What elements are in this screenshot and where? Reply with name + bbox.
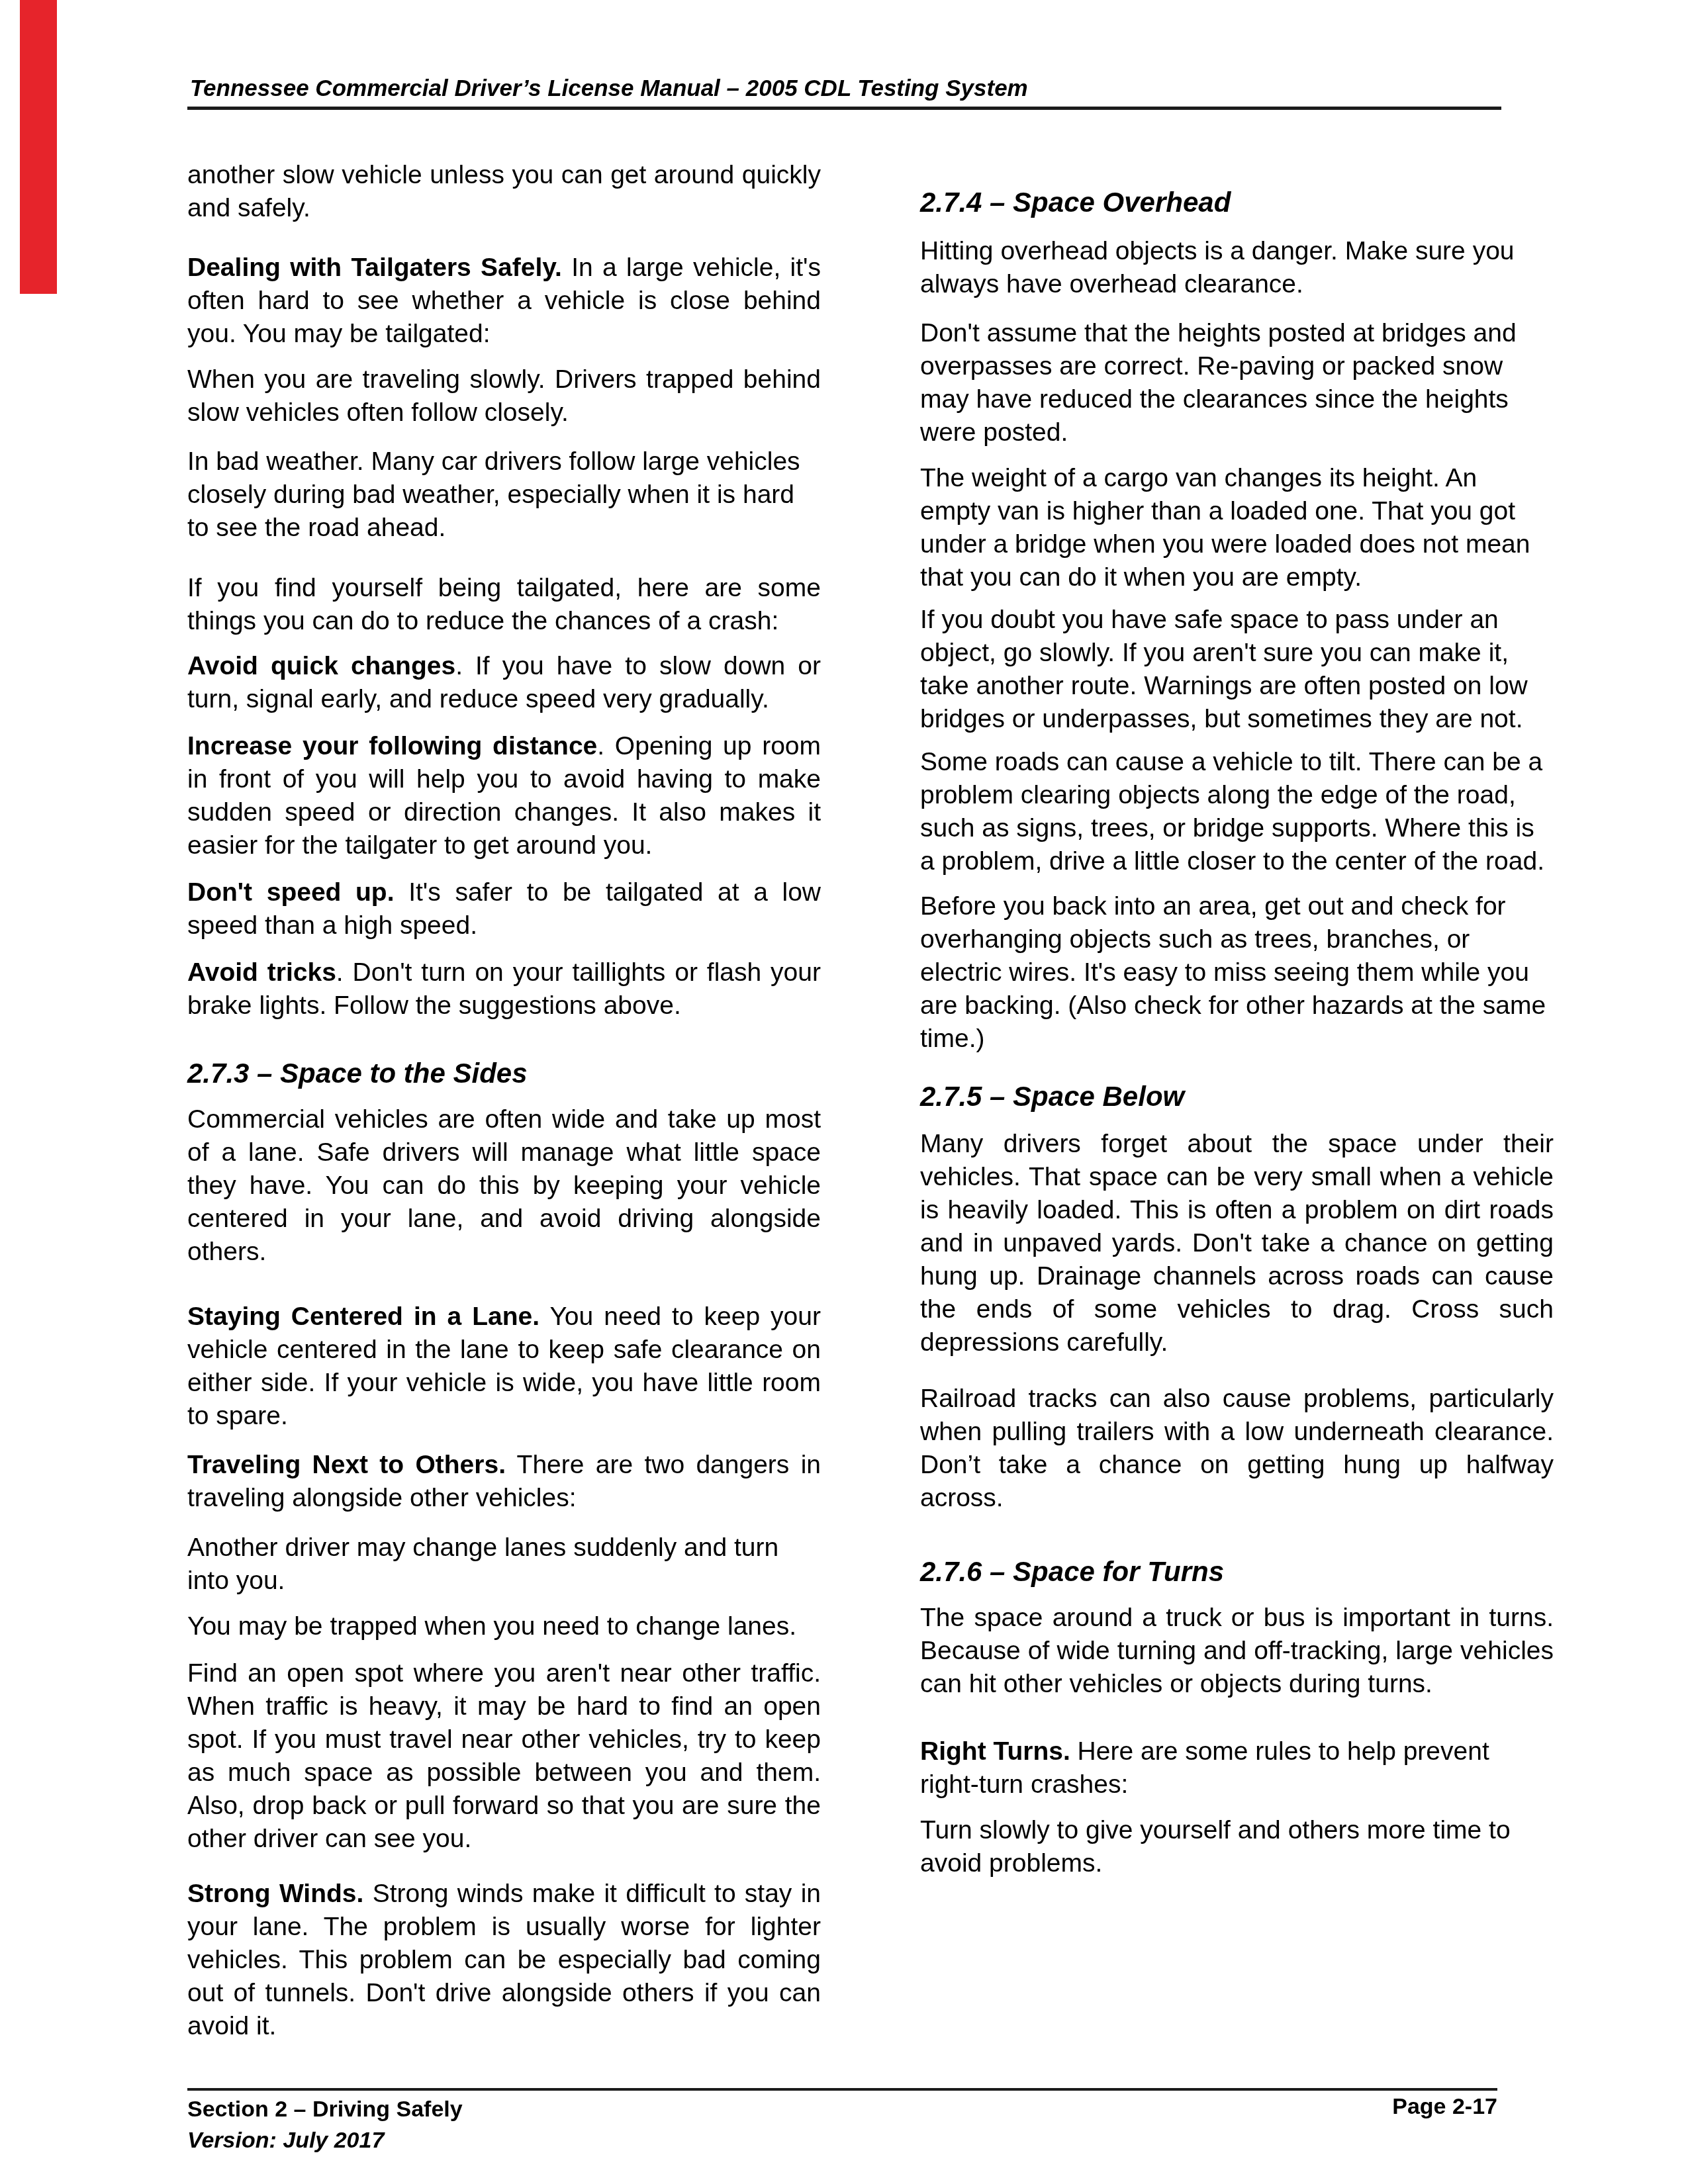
section-heading-2-7-6: 2.7.6 – Space for Turns [920,1553,1554,1590]
paragraph: Strong Winds. Strong winds make it diffi… [187,1878,821,2043]
paragraph: Staying Centered in a Lane. You need to … [187,1300,821,1433]
header-rule [187,107,1501,110]
left-column: another slow vehicle unless you can get … [187,159,821,2043]
paragraph: Don't speed up. It's safer to be tailgat… [187,876,821,942]
paragraph: If you doubt you have safe space to pass… [920,604,1554,736]
paragraph: The weight of a cargo van changes its he… [920,462,1554,594]
paragraph: Many drivers forget about the space unde… [920,1128,1554,1359]
paragraph: Turn slowly to give yourself and others … [920,1814,1554,1880]
paragraph: Before you back into an area, get out an… [920,890,1554,1056]
page-header-title: Tennessee Commercial Driver’s License Ma… [190,75,1028,102]
paragraph-lead: Don't speed up. [187,878,395,907]
paragraph-lead: Staying Centered in a Lane. [187,1302,539,1331]
paragraph: Dealing with Tailgaters Safely. In a lar… [187,251,821,351]
paragraph: Find an open spot where you aren't near … [187,1657,821,1856]
section-heading-2-7-4: 2.7.4 – Space Overhead [920,184,1554,220]
section-heading-2-7-5: 2.7.5 – Space Below [920,1078,1554,1115]
paragraph: If you find yourself being tailgated, he… [187,572,821,638]
paragraph: In bad weather. Many car drivers follow … [187,445,821,545]
paragraph-lead: Dealing with Tailgaters Safely. [187,253,562,282]
right-column: 2.7.4 – Space Overhead Hitting overhead … [920,184,1554,1880]
paragraph: The space around a truck or bus is impor… [920,1602,1554,1701]
paragraph: Right Turns. Here are some rules to help… [920,1735,1554,1801]
footer-rule [187,2088,1497,2091]
section-heading-2-7-3: 2.7.3 – Space to the Sides [187,1055,821,1091]
document-page: Tennessee Commercial Driver’s License Ma… [0,0,1688,2184]
paragraph-lead: Strong Winds. [187,1880,363,1908]
paragraph: Avoid quick changes. If you have to slow… [187,650,821,716]
paragraph: Avoid tricks. Don't turn on your taillig… [187,956,821,1023]
paragraph: You may be trapped when you need to chan… [187,1610,821,1643]
footer-version-label: Version: July 2017 [187,2125,463,2156]
paragraph: Traveling Next to Others. There are two … [187,1449,821,1515]
paragraph-lead: Increase your following distance [187,732,597,760]
paragraph-lead: Avoid quick changes [187,652,455,680]
paragraph-lead: Right Turns. [920,1737,1070,1766]
paragraph: Don't assume that the heights posted at … [920,317,1554,449]
red-margin-mark [20,0,57,294]
paragraph: another slow vehicle unless you can get … [187,159,821,225]
paragraph-lead: Traveling Next to Others. [187,1451,506,1479]
paragraph: Commercial vehicles are often wide and t… [187,1103,821,1269]
paragraph: Railroad tracks can also cause problems,… [920,1383,1554,1515]
paragraph: Increase your following distance. Openin… [187,730,821,862]
paragraph: Another driver may change lanes suddenly… [187,1531,821,1598]
paragraph: When you are traveling slowly. Drivers t… [187,363,821,430]
paragraph: Some roads can cause a vehicle to tilt. … [920,746,1554,878]
paragraph-lead: Avoid tricks [187,958,336,987]
footer-page-number: Page 2-17 [187,2094,1497,2120]
paragraph: Hitting overhead objects is a danger. Ma… [920,235,1554,301]
